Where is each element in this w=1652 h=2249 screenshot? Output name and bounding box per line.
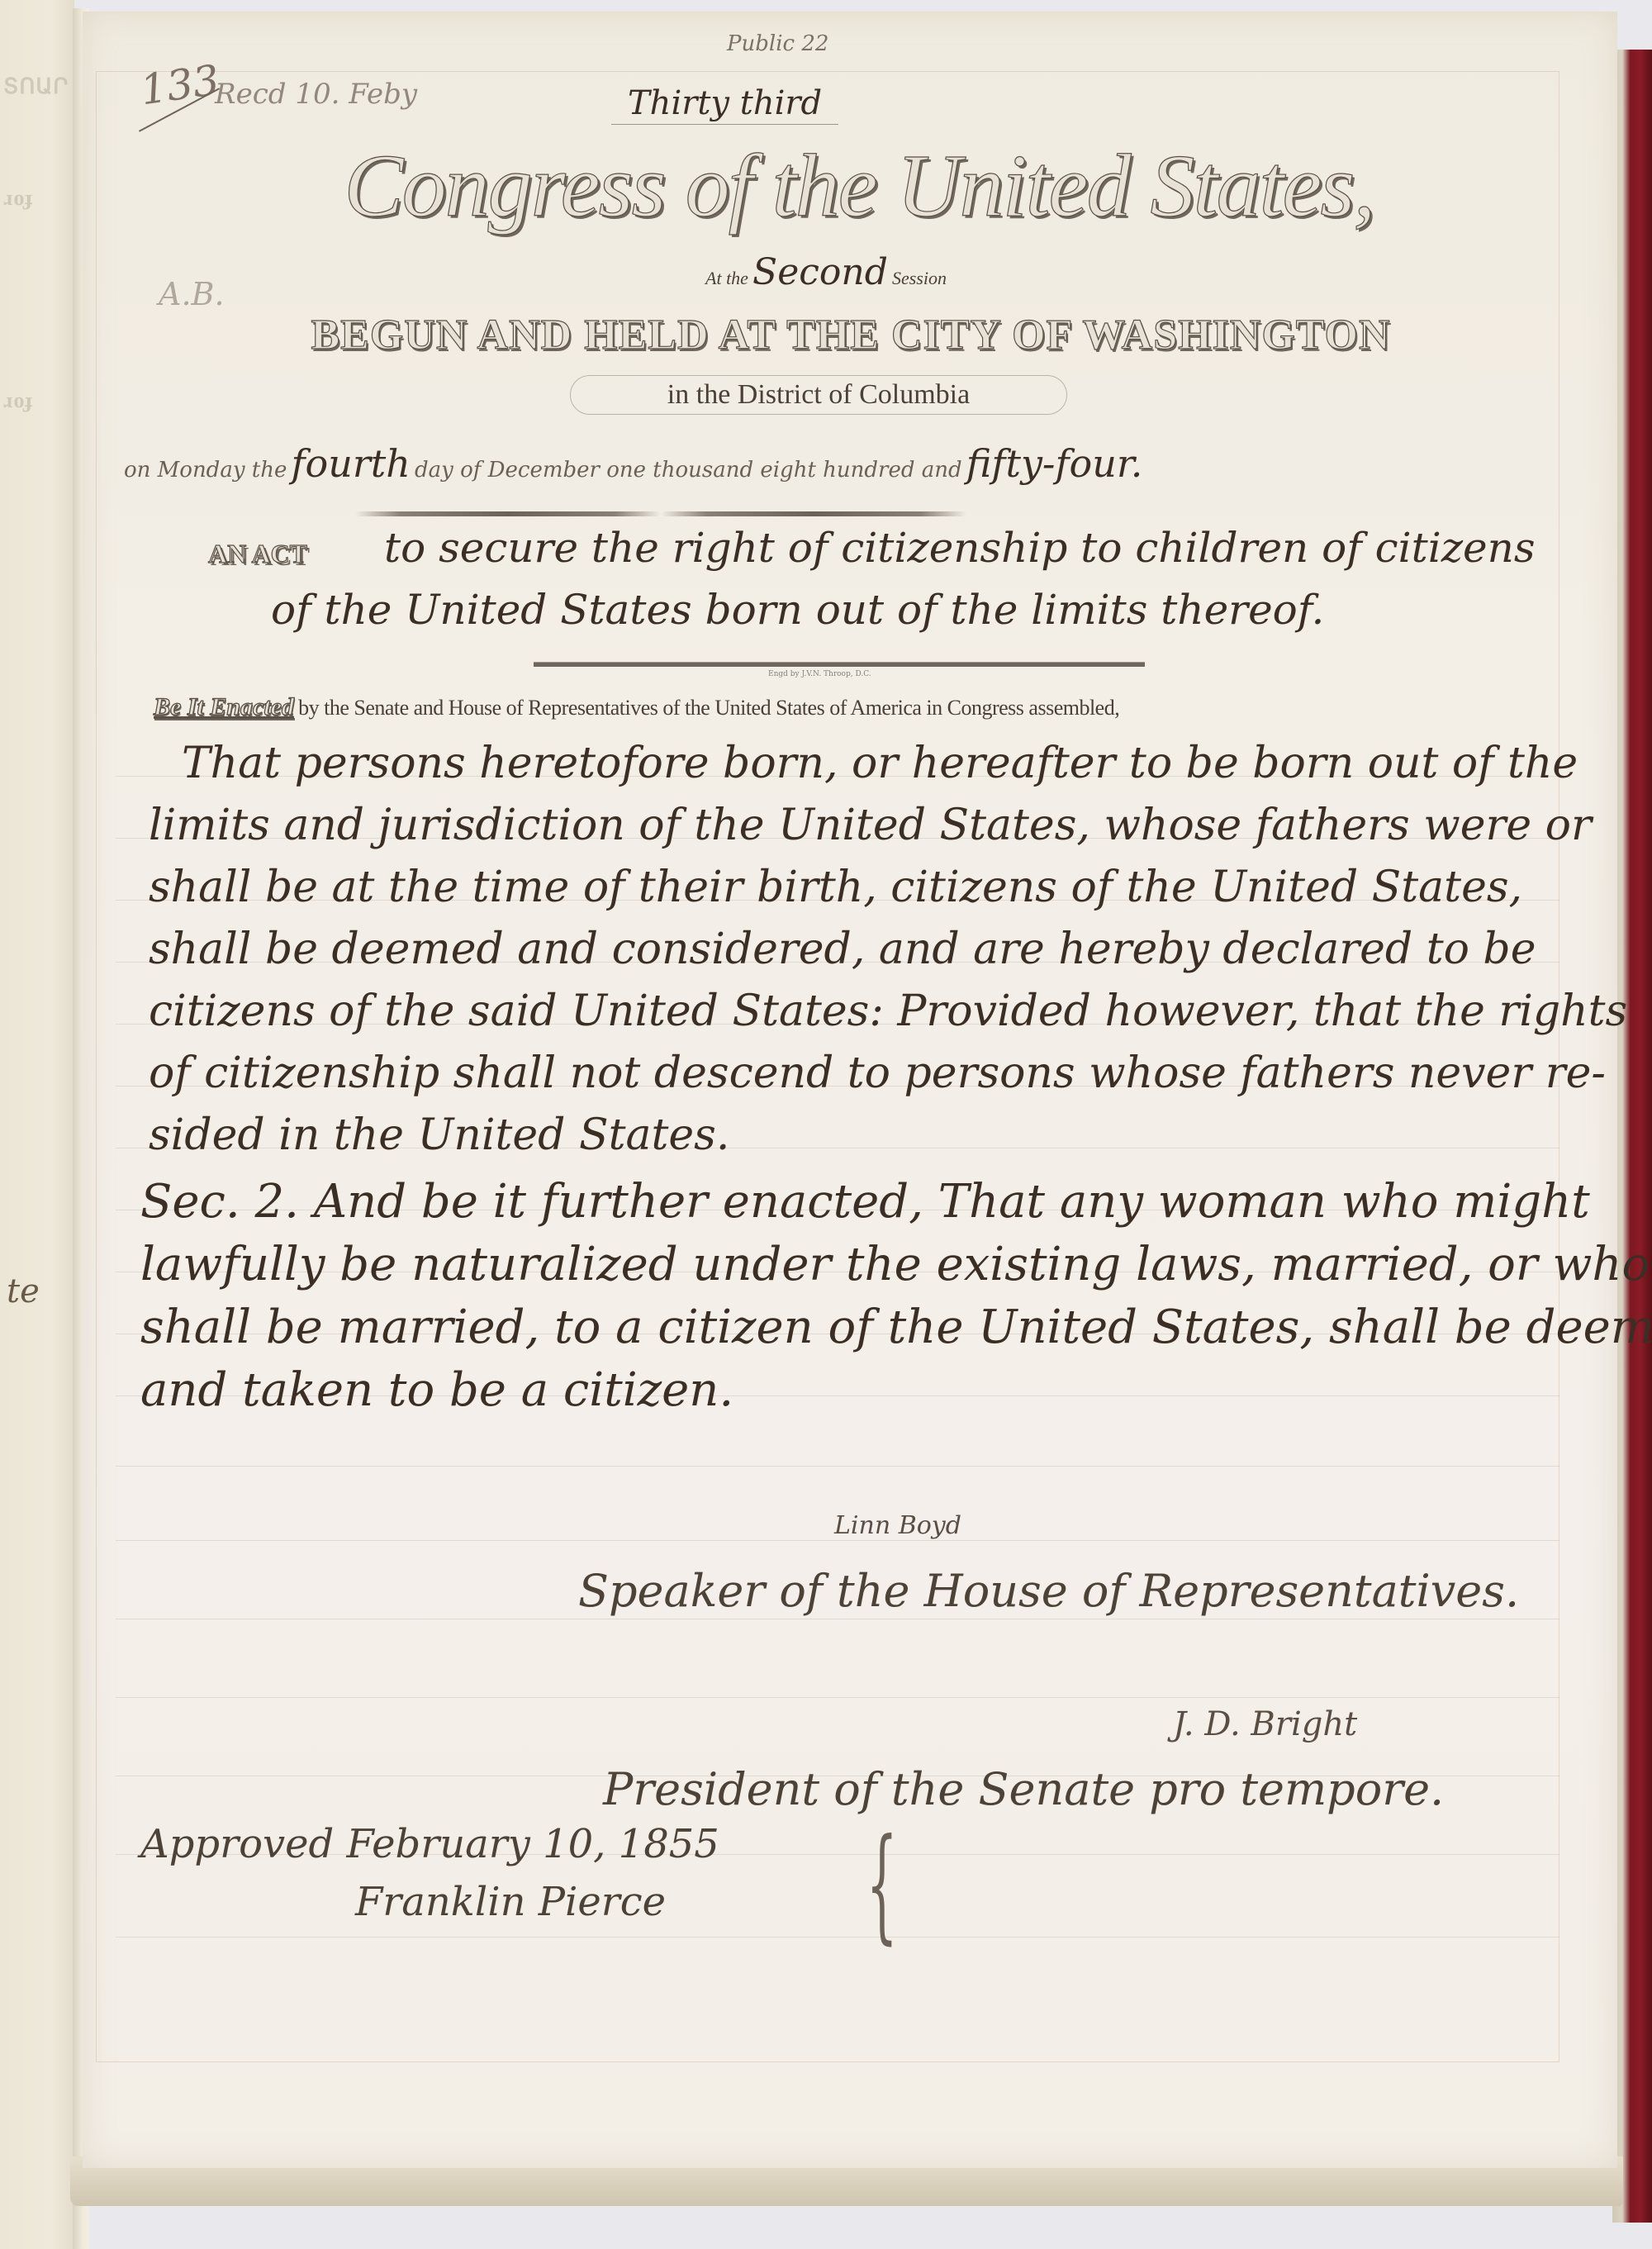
- ruled-line: [116, 1540, 1559, 1541]
- date-line: on Monday the fourth day of December one…: [124, 441, 1142, 486]
- date-middle: day of December one thousand eight hundr…: [415, 458, 962, 483]
- body-line: citizens of the said United States: Prov…: [149, 987, 1627, 1036]
- section-2-line: and taken to be a citizen.: [140, 1363, 733, 1417]
- ruled-line: [116, 1466, 1559, 1467]
- senate-president-title: President of the Senate pro tempore.: [603, 1763, 1444, 1815]
- facing-left-page: ՏՈԱՐ ɹoɟ ɹoɟ te: [0, 0, 74, 2249]
- red-binding-cover: [1612, 50, 1652, 2223]
- body-line: of citizenship shall not descend to pers…: [149, 1048, 1606, 1098]
- congress-title: Congress of the United States,: [297, 136, 1421, 238]
- body-line: shall be at the time of their birth, cit…: [149, 863, 1522, 912]
- act-title-rule: [534, 662, 1145, 667]
- speaker-signature: Linn Boyd: [834, 1511, 961, 1540]
- date-prefix: on Monday the: [124, 458, 287, 483]
- senate-president-signature: J. D. Bright: [1173, 1705, 1357, 1743]
- brace-glyph: {: [866, 1813, 898, 1957]
- bleed-through-text: ՏՈԱՐ: [3, 74, 69, 99]
- act-title-line-1: to secure the right of citizenship to ch…: [384, 524, 1536, 572]
- section-2-line: lawfully be naturalized under the existi…: [140, 1238, 1650, 1291]
- section-2-line: Sec. 2. And be it further enacted, That …: [140, 1175, 1590, 1229]
- initials-note: A.B.: [159, 276, 225, 312]
- engraver-credit: Engd by J.V.N. Throop, D.C.: [768, 670, 871, 678]
- district-line: in the District of Columbia: [570, 375, 1067, 415]
- approval-date: Approved February 10, 1855: [140, 1821, 719, 1867]
- section-2-line: shall be married, to a citizen of the Un…: [140, 1300, 1652, 1354]
- date-year: fifty-four.: [966, 441, 1143, 486]
- session-prefix: At the: [705, 268, 748, 288]
- ornament-divider: [355, 511, 661, 516]
- session-suffix: Session: [892, 268, 947, 288]
- bleed-through-text: ɹoɟ: [3, 186, 33, 211]
- begun-and-held-heading: BEGUN AND HELD AT THE CITY OF WASHINGTON: [248, 311, 1454, 359]
- body-line: That persons heretofore born, or hereaft…: [182, 739, 1578, 788]
- president-signature: Franklin Pierce: [355, 1879, 666, 1925]
- speaker-title: Speaker of the House of Representatives.: [578, 1565, 1519, 1617]
- enacting-text: by the Senate and House of Representativ…: [298, 696, 1119, 720]
- document-page: 133 Recd 10. Feby Public 22 A.B. Thirty …: [83, 12, 1617, 2168]
- body-line: shall be deemed and considered, and are …: [149, 925, 1536, 974]
- received-date-note: Recd 10. Feby: [215, 78, 417, 111]
- body-line: limits and jurisdiction of the United St…: [149, 801, 1592, 850]
- ruled-line: [116, 1697, 1559, 1698]
- ruled-line: [116, 1937, 1559, 1938]
- bleed-through-text: ɹoɟ: [3, 388, 33, 413]
- date-day: fourth: [291, 441, 410, 486]
- be-it-enacted: Be It Enacted: [154, 693, 294, 720]
- public-law-note: Public 22: [727, 31, 828, 56]
- left-margin-note: te: [7, 1272, 40, 1310]
- body-line: sided in the United States.: [149, 1110, 729, 1160]
- act-label: AN ACT: [208, 539, 307, 569]
- session-number: Second: [752, 251, 888, 293]
- ruled-line: [116, 1619, 1559, 1619]
- session-line: At the Second Session: [562, 251, 1090, 293]
- congress-number: Thirty third: [611, 84, 838, 125]
- ornament-divider: [661, 511, 966, 516]
- enacting-clause: Be It Enacted by the Senate and House of…: [154, 693, 1119, 721]
- act-title-line-2: of the United States born out of the lim…: [271, 586, 1324, 634]
